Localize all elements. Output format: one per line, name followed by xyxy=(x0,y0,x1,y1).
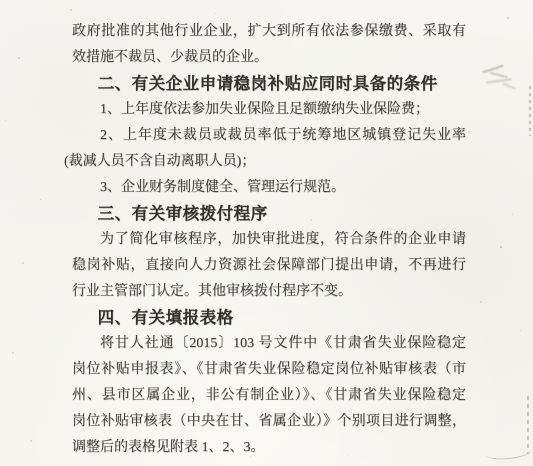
scan-noise-speck xyxy=(12,352,14,354)
smudge-stroke xyxy=(502,82,516,89)
text-line: 调整后的表格见附表 1、2、3。 xyxy=(72,435,466,461)
scan-noise-speck xyxy=(70,9,72,11)
scan-noise-speck xyxy=(468,131,470,133)
pencil-smudge-artifact xyxy=(476,58,528,98)
scan-noise-speck xyxy=(30,440,32,442)
scan-noise-speck xyxy=(22,262,24,264)
bottom-right-arc-mark xyxy=(485,443,532,461)
scanned-document-page: 政府批准的其他行业企业，扩大到所有依法参保缴费、采取有效措施不裁员、少裁员的企业… xyxy=(0,0,533,466)
scan-noise-speck xyxy=(18,57,20,59)
scan-noise-speck xyxy=(215,13,216,14)
right-edge-mark-bottom xyxy=(527,396,529,454)
text-line: 3、企业财务制度健全、管理运行规范。 xyxy=(72,175,466,201)
smudge-stroke xyxy=(486,78,512,84)
scan-noise-speck xyxy=(500,246,502,248)
smudge-stroke xyxy=(482,65,504,74)
right-edge-mark-top xyxy=(529,86,531,136)
text-line: 将甘人社通〔2015〕103 号文件中《甘肃省失业保险稳定 xyxy=(72,331,466,357)
text-line: 州、县市区属企业，非公有制企业）》、《甘肃省失业保险稳定 xyxy=(72,383,466,409)
scan-noise-speck xyxy=(520,330,521,331)
scan-noise-speck xyxy=(5,120,6,121)
smudge-stroke xyxy=(490,72,508,78)
text-line: 1、上年度依法参加失业保险且足额缴纳失业保险费； xyxy=(72,97,466,123)
text-line: 2、上年度未裁员或裁员率低于统筹地区城镇登记失业率 xyxy=(72,123,466,149)
text-line: 岗位补贴申报表》、《甘肃省失业保险稳定岗位补贴审核表（市 xyxy=(72,357,466,383)
text-line: 岗位补贴审核表（中央在甘、省属企业）》个别项目进行调整， xyxy=(72,409,466,435)
document-text-block: 政府批准的其他行业企业，扩大到所有依法参保缴费、采取有效措施不裁员、少裁员的企业… xyxy=(72,19,466,461)
heading-line: 二、有关企业申请稳岗补贴应同时具备的条件 xyxy=(72,71,466,97)
text-line: 效措施不裁员、少裁员的企业。 xyxy=(72,45,466,71)
scan-noise-speck xyxy=(40,199,41,200)
scan-noise-speck xyxy=(512,214,513,215)
text-line: 稳岗补贴，直接向人力资源社会保障部门提出申请，不再进行 xyxy=(72,253,466,279)
text-line: 为了简化审核程序，加快审批进度，符合条件的企业申请 xyxy=(72,227,466,253)
scan-noise-speck xyxy=(507,17,509,19)
scan-noise-speck xyxy=(480,301,482,303)
text-line: 行业主管部门认定。其他审核拨付程序不变。 xyxy=(72,279,466,305)
heading-line: 三、有关审核拨付程序 xyxy=(72,201,466,227)
text-line: 政府批准的其他行业企业，扩大到所有依法参保缴费、采取有 xyxy=(72,19,466,45)
heading-line: 四、有关填报表格 xyxy=(72,305,466,331)
text-line: (裁减人员不含自动离职人员)； xyxy=(64,149,466,175)
